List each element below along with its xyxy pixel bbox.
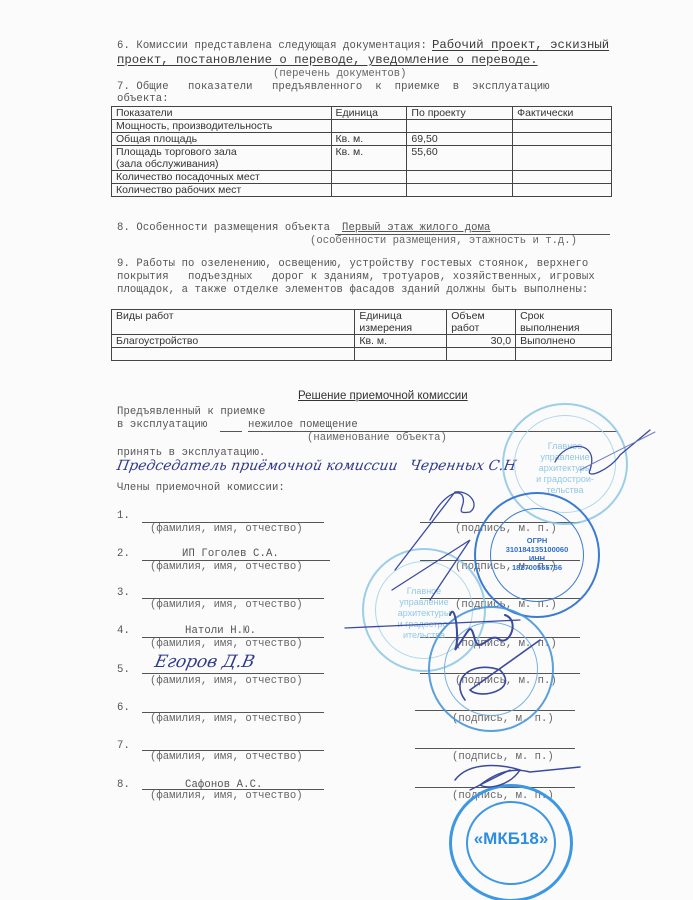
signature-scribble-member2	[392, 540, 470, 600]
signature-scribble-member3	[450, 612, 513, 650]
signature-scribble-member8	[455, 766, 580, 787]
signature-scribble-member4	[345, 620, 520, 628]
signature-scribble-member1	[395, 492, 474, 570]
signature-scribble-chairman	[555, 430, 650, 474]
signature-line-chairman	[580, 432, 655, 470]
document-page: 6. Комиссии представлена следующая докум…	[0, 0, 693, 900]
signature-scribble-member5	[460, 640, 540, 700]
signatures-overlay	[0, 0, 693, 900]
